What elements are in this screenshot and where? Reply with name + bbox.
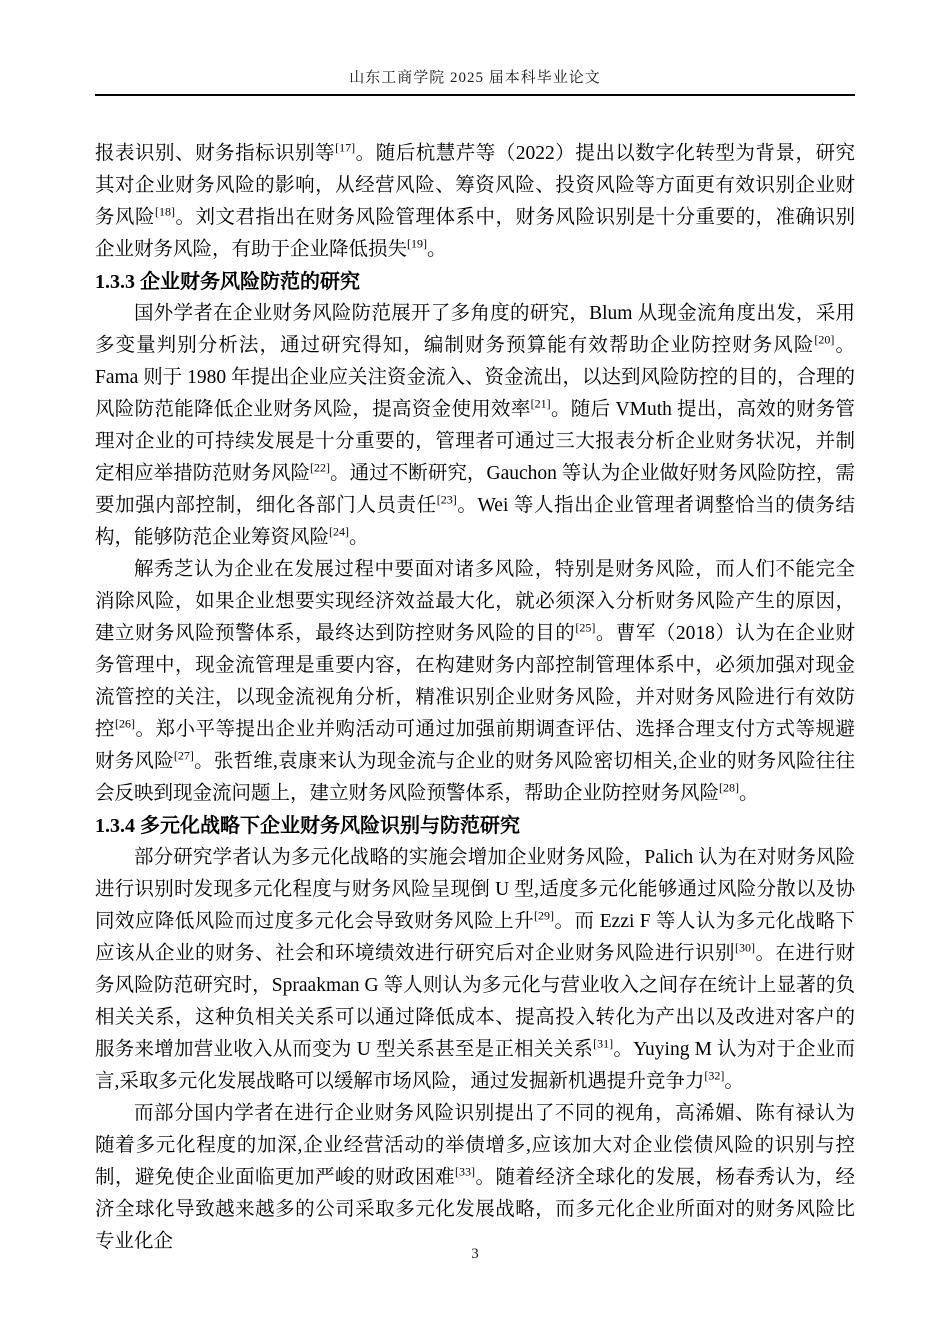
citation-ref: [18] [155, 205, 175, 219]
citation-ref: [17] [335, 141, 355, 155]
section-heading-1-3-4: 1.3.4 多元化战略下企业财务风险识别与防范研究 [95, 810, 855, 842]
citation-ref: [28] [719, 781, 739, 795]
paragraph-continuation: 报表识别、财务指标识别等[17]。随后杭慧芹等（2022）提出以数字化转型为背景… [95, 138, 855, 266]
citation-ref: [23] [437, 493, 457, 507]
paragraph-domestic-scholars: 解秀芝认为企业在发展过程中要面对诸多风险，特别是财务风险，而人们不能完全消除风险… [95, 554, 855, 810]
citation-ref: [27] [174, 749, 194, 763]
header-rule [95, 94, 855, 96]
paragraph-diversification-domestic: 而部分国内学者在进行企业财务风险识别提出了不同的视角，高浠媚、陈有禄认为随着多元… [95, 1098, 855, 1258]
citation-ref: [22] [310, 461, 330, 475]
citation-ref: [19] [407, 237, 427, 251]
citation-ref: [24] [329, 525, 349, 539]
page-header-title: 山东工商学院 2025 届本科毕业论文 [0, 66, 950, 87]
citation-ref: [20] [814, 333, 834, 347]
citation-ref: [31] [593, 1037, 613, 1051]
paragraph-foreign-scholars: 国外学者在企业财务风险防范展开了多角度的研究，Blum 从现金流角度出发，采用多… [95, 298, 855, 554]
citation-ref: [29] [534, 909, 554, 923]
citation-ref: [25] [575, 621, 595, 635]
page-number: 3 [0, 1246, 950, 1263]
thesis-page: 山东工商学院 2025 届本科毕业论文 报表识别、财务指标识别等[17]。随后杭… [0, 0, 950, 1344]
section-heading-1-3-3: 1.3.3 企业财务风险防范的研究 [95, 266, 855, 298]
document-body: 报表识别、财务指标识别等[17]。随后杭慧芹等（2022）提出以数字化转型为背景… [95, 138, 855, 1258]
paragraph-diversification-foreign: 部分研究学者认为多元化战略的实施会增加企业财务风险，Palich 认为在对财务风… [95, 842, 855, 1098]
citation-ref: [21] [531, 397, 551, 411]
citation-ref: [33] [455, 1165, 475, 1179]
citation-ref: [32] [704, 1069, 724, 1083]
citation-ref: [26] [115, 717, 135, 731]
citation-ref: [30] [735, 941, 755, 955]
